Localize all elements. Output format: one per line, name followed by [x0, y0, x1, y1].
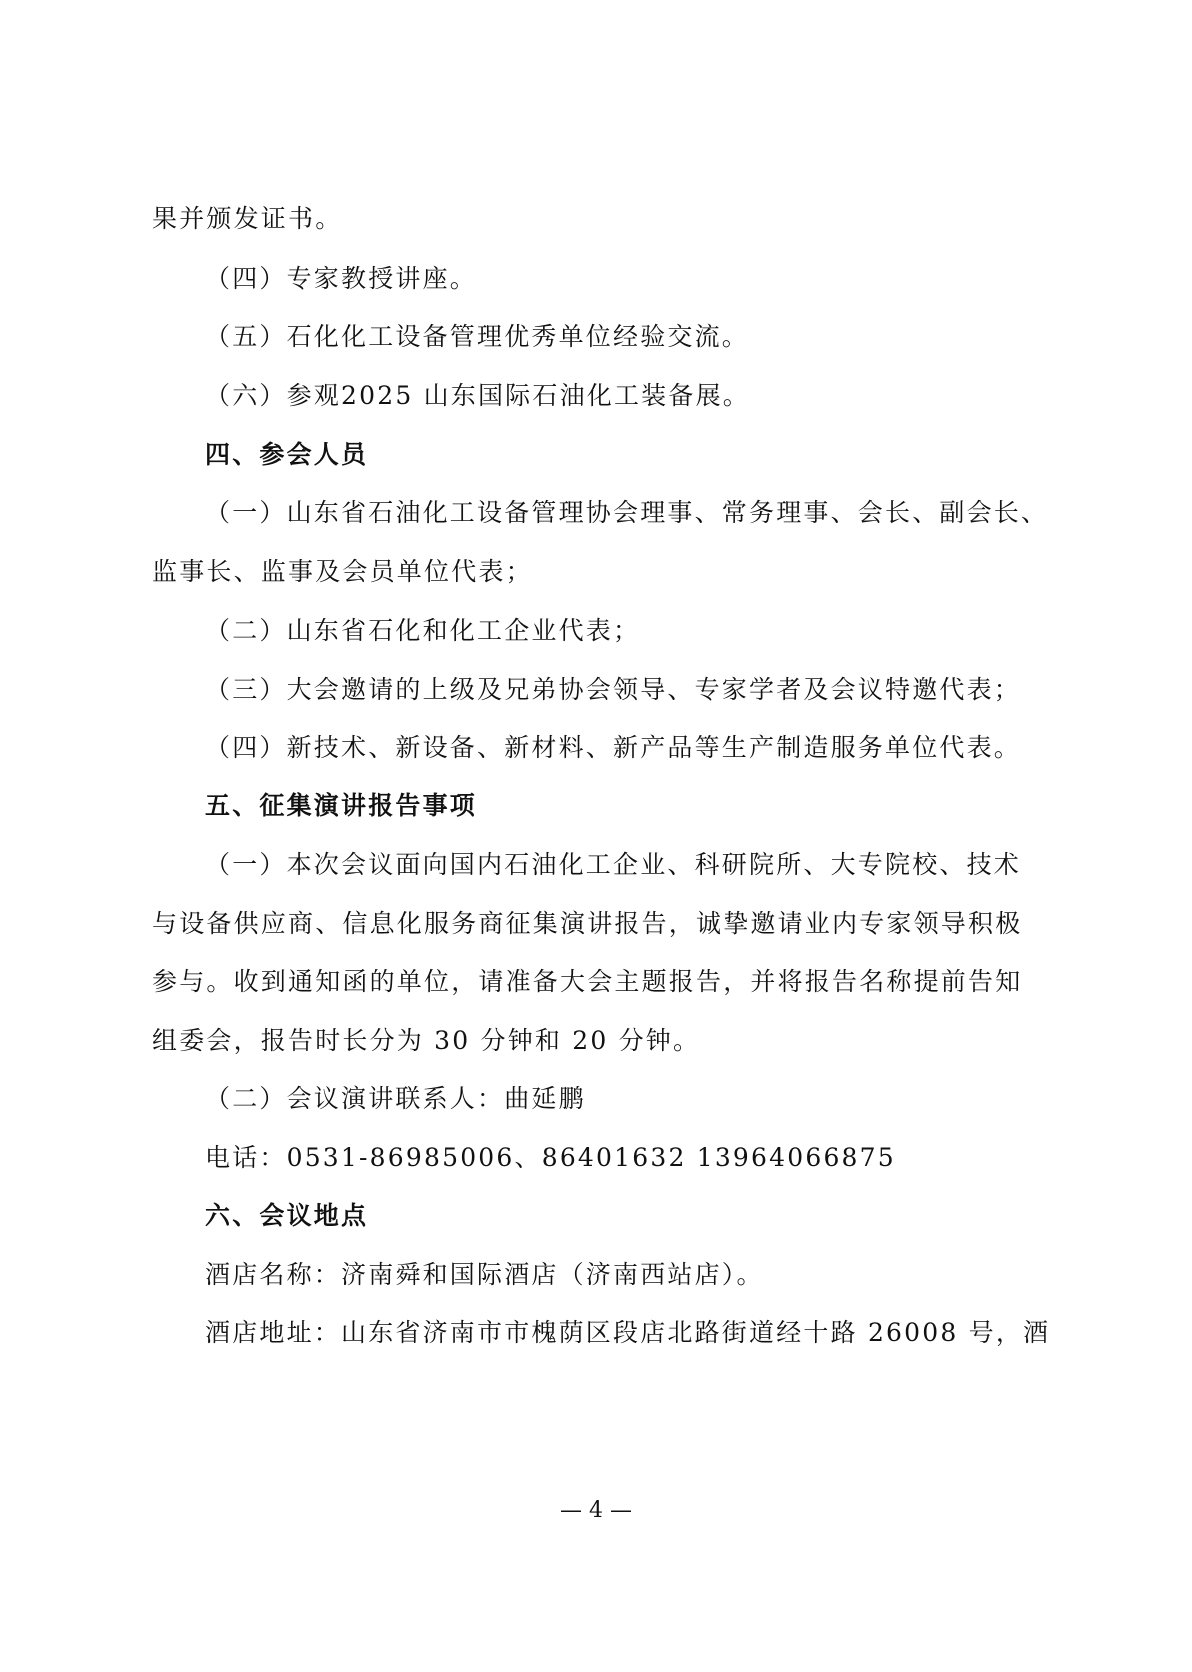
document-page: 果并颁发证书。 （四）专家教授讲座。 （五）石化化工设备管理优秀单位经验交流。 …	[0, 0, 1192, 1672]
section-heading-attendees: 四、参会人员	[205, 440, 368, 470]
hotel-name: 酒店名称：济南舜和国际酒店（济南西站店）。	[205, 1260, 764, 1290]
section-heading-venue: 六、会议地点	[205, 1201, 368, 1231]
speech-para-line-4: 组委会，报告时长分为 30 分钟和 20 分钟。	[152, 1026, 700, 1056]
attendee-item-3: （三）大会邀请的上级及兄弟协会领导、专家学者及会议特邀代表；	[205, 675, 987, 705]
attendee-item-4: （四）新技术、新设备、新材料、新产品等生产制造服务单位代表。	[205, 733, 987, 763]
list-item-exhibition: （六）参观2025 山东国际石油化工装备展。	[205, 381, 750, 411]
page-number: — 4 —	[0, 1498, 1192, 1524]
list-item-exchange: （五）石化化工设备管理优秀单位经验交流。	[205, 322, 749, 352]
paragraph-line: 果并颁发证书。	[152, 204, 342, 234]
speech-para-line-2: 与设备供应商、信息化服务商征集演讲报告，诚挚邀请业内专家领导积极	[152, 909, 987, 939]
hotel-address: 酒店地址：山东省济南市市槐荫区段店北路街道经十路 26008 号，酒	[205, 1318, 987, 1348]
attendee-item-2: （二）山东省石化和化工企业代表；	[205, 616, 640, 646]
section-heading-speeches: 五、征集演讲报告事项	[205, 791, 477, 821]
speech-para-line-3: 参与。收到通知函的单位，请准备大会主题报告，并将报告名称提前告知	[152, 967, 987, 997]
attendee-item-1-cont: 监事长、监事及会员单位代表；	[152, 557, 533, 587]
list-item-lecture: （四）专家教授讲座。	[205, 264, 477, 294]
speech-contact: （二）会议演讲联系人：曲延鹏	[205, 1084, 586, 1114]
speech-para-line-1: （一）本次会议面向国内石油化工企业、科研院所、大专院校、技术	[205, 850, 987, 880]
attendee-item-1: （一）山东省石油化工设备管理协会理事、常务理事、会长、副会长、	[205, 498, 987, 528]
speech-phone: 电话：0531-86985006、86401632 13964066875	[205, 1143, 896, 1173]
